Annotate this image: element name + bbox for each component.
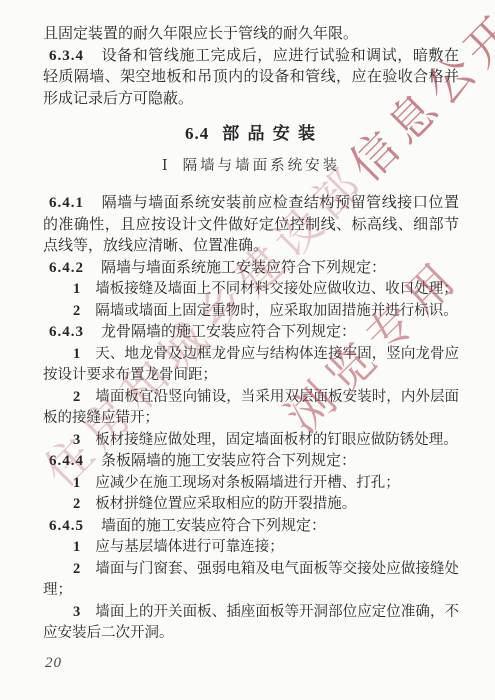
section-number: 6.4 xyxy=(185,124,209,143)
clause-number: 6.4.4 xyxy=(43,453,84,469)
clause-6-4-5-item-3: 3墙面上的开关面板、插座面板等开洞部位应定位准确，不应安装后二次开洞。 xyxy=(43,602,459,645)
clause-6-4-4-item-2: 2板材拼缝位置应采取相应的防开裂措施。 xyxy=(43,494,459,516)
clause-number: 6.4.2 xyxy=(43,260,84,276)
item-number: 1 xyxy=(73,346,80,362)
page-number: 20 xyxy=(45,655,62,672)
item-text: 应与基层墙体进行可靠连接； xyxy=(95,539,284,555)
section-title: 部 品 安 装 xyxy=(222,124,317,143)
item-number: 2 xyxy=(73,561,80,577)
intro-paragraph: 且固定装置的耐久年限应长于管线的耐久年限。 xyxy=(43,24,459,46)
clause-text: 龙骨隔墙的施工安装应符合下列规定： xyxy=(101,324,356,340)
clause-6-4-1: 6.4.1隔墙与墙面系统安装前应检查结构预留管线接口位置的准确性，且应按设计文件… xyxy=(43,193,459,258)
subsection-title: 隔墙与墙面系统安装 xyxy=(183,158,341,174)
clause-text: 墙面的施工安装应符合下列规定： xyxy=(101,518,326,534)
item-number: 1 xyxy=(73,281,80,297)
clause-6-4-4-item-1: 1应减少在施工现场对条板隔墙进行开槽、打孔； xyxy=(43,473,459,495)
clause-6-3-4: 6.3.4设备和管线施工完成后，应进行试验和调试，暗敷在轻质隔墙、架空地板和吊顶… xyxy=(43,46,459,111)
clause-text: 条板隔墙的施工安装应符合下列规定： xyxy=(101,453,356,469)
body-text: 且固定装置的耐久年限应长于管线的耐久年限。 6.3.4设备和管线施工完成后，应进… xyxy=(43,24,459,645)
item-text: 墙面与门窗套、强弱电箱及电气面板等交接处应做接缝处理； xyxy=(43,561,459,599)
document-page: 且固定装置的耐久年限应长于管线的耐久年限。 6.3.4设备和管线施工完成后，应进… xyxy=(0,0,495,700)
clause-6-4-2: 6.4.2隔墙与墙面系统施工安装应符合下列规定： xyxy=(43,258,459,280)
item-text: 墙面板宜沿竖向铺设，当采用双层面板安装时，内外层面板的接缝应错开； xyxy=(43,389,459,427)
item-text: 板材拼缝位置应采取相应的防开裂措施。 xyxy=(95,496,356,512)
item-text: 天、地龙骨及边框龙骨应与结构体连接牢固，竖向龙骨应按设计要求布置龙骨间距； xyxy=(43,346,459,384)
item-text: 板材接缝应做处理，固定墙面板材的钉眼应做防锈处理。 xyxy=(95,432,458,448)
item-number: 3 xyxy=(73,432,80,448)
item-number: 2 xyxy=(73,496,80,512)
subsection-number: Ⅰ xyxy=(162,158,168,174)
item-number: 3 xyxy=(73,604,80,620)
clause-text: 设备和管线施工完成后，应进行试验和调试，暗敷在轻质隔墙、架空地板和吊顶内的设备和… xyxy=(43,48,459,107)
clause-number: 6.3.4 xyxy=(43,48,84,64)
section-heading-6-4: 6.4部 品 安 装 xyxy=(43,122,459,146)
item-text: 应减少在施工现场对条板隔墙进行开槽、打孔； xyxy=(95,475,400,491)
clause-6-4-5: 6.4.5墙面的施工安装应符合下列规定： xyxy=(43,516,459,538)
clause-6-4-5-item-2: 2墙面与门窗套、强弱电箱及电气面板等交接处应做接缝处理； xyxy=(43,559,459,602)
clause-6-4-3-item-2: 2墙面板宜沿竖向铺设，当采用双层面板安装时，内外层面板的接缝应错开； xyxy=(43,387,459,430)
item-text: 隔墙或墙面上固定重物时，应采取加固措施并进行标识。 xyxy=(95,303,458,319)
clause-6-4-3-item-1: 1天、地龙骨及边框龙骨应与结构体连接牢固，竖向龙骨应按设计要求布置龙骨间距； xyxy=(43,344,459,387)
clause-6-4-2-item-1: 1墙板接缝及墙面上不同材料交接处应做收边、收口处理； xyxy=(43,279,459,301)
subsection-heading: Ⅰ隔墙与墙面系统安装 xyxy=(43,156,459,176)
item-number: 2 xyxy=(73,389,80,405)
clause-text: 隔墙与墙面系统安装前应检查结构预留管线接口位置的准确性，且应按设计文件做好定位控… xyxy=(43,195,459,254)
clause-number: 6.4.5 xyxy=(43,518,84,534)
clause-6-4-5-item-1: 1应与基层墙体进行可靠连接； xyxy=(43,537,459,559)
clause-number: 6.4.1 xyxy=(43,195,84,211)
clause-6-4-2-item-2: 2隔墙或墙面上固定重物时，应采取加固措施并进行标识。 xyxy=(43,301,459,323)
intro-text: 且固定装置的耐久年限应长于管线的耐久年限。 xyxy=(43,26,358,42)
item-number: 1 xyxy=(73,539,80,555)
clause-6-4-3-item-3: 3板材接缝应做处理，固定墙面板材的钉眼应做防锈处理。 xyxy=(43,430,459,452)
item-text: 墙面上的开关面板、插座面板等开洞部位应定位准确，不应安装后二次开洞。 xyxy=(43,604,459,642)
clause-text: 隔墙与墙面系统施工安装应符合下列规定： xyxy=(101,260,386,276)
item-number: 1 xyxy=(73,475,80,491)
clause-6-4-4: 6.4.4条板隔墙的施工安装应符合下列规定： xyxy=(43,451,459,473)
clause-6-4-3: 6.4.3龙骨隔墙的施工安装应符合下列规定： xyxy=(43,322,459,344)
clause-number: 6.4.3 xyxy=(43,324,84,340)
item-number: 2 xyxy=(73,303,80,319)
item-text: 墙板接缝及墙面上不同材料交接处应做收边、收口处理； xyxy=(95,281,458,297)
